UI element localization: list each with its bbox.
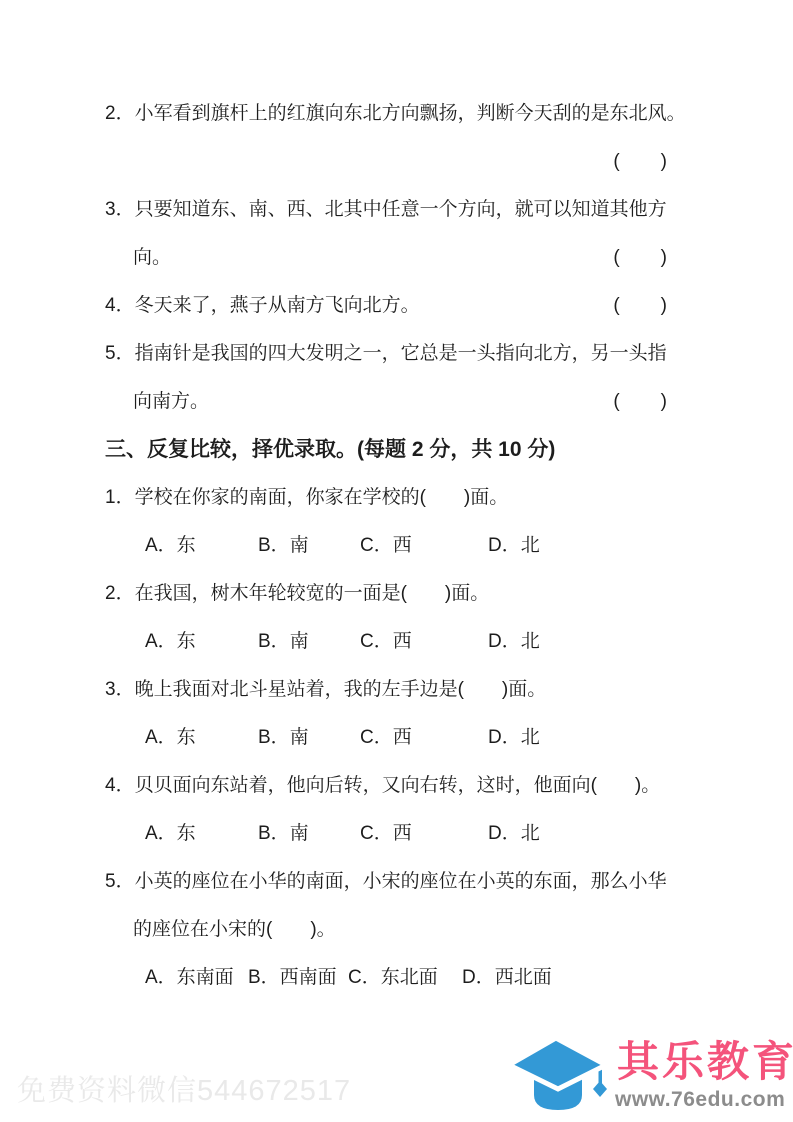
choice-question-5-text-continued: 的座位在小宋的( )。 <box>105 906 693 954</box>
option-a: A．东 <box>145 810 258 858</box>
option-b: B．南 <box>258 810 360 858</box>
answer-bracket: ( ) <box>613 138 668 186</box>
question-text-continued: 向。 <box>133 234 171 282</box>
judge-question-5-answer-line: 向南方。 ( ) <box>105 378 693 426</box>
option-d: D．西北面 <box>462 954 552 1002</box>
option-d: D．北 <box>488 522 540 570</box>
choice-question-3-options: A．东 B．南 C．西 D．北 <box>105 714 693 762</box>
option-a: A．东南面 <box>145 954 248 1002</box>
choice-question-2-text: 2．在我国，树木年轮较宽的一面是( )面。 <box>105 570 693 618</box>
judge-question-3-answer-line: 向。 ( ) <box>105 234 693 282</box>
question-text-continued: 向南方。 <box>133 378 209 426</box>
question-text: 3．只要知道东、南、西、北其中任意一个方向，就可以知道其他方 <box>105 199 667 220</box>
answer-bracket: ( ) <box>613 234 668 282</box>
judge-question-3-text: 3．只要知道东、南、西、北其中任意一个方向，就可以知道其他方 <box>105 186 693 234</box>
logo-brand-text: 其乐教育 <box>617 1041 793 1083</box>
option-c: C．东北面 <box>348 954 462 1002</box>
section-three-heading: 三、反复比较，择优录取。(每题 2 分，共 10 分) <box>105 426 693 474</box>
logo-url-text: www.76edu.com <box>615 1089 785 1110</box>
question-text: 5．指南针是我国的四大发明之一，它总是一头指向北方，另一头指 <box>105 343 667 364</box>
judge-question-2-text: 2．小军看到旗杆上的红旗向东北方向飘扬，判断今天刮的是东北风。 <box>105 90 693 138</box>
choice-question-1-text: 1．学校在你家的南面，你家在学校的( )面。 <box>105 474 693 522</box>
option-b: B．南 <box>258 714 360 762</box>
option-c: C．西 <box>360 714 488 762</box>
answer-bracket: ( ) <box>613 282 668 330</box>
option-a: A．东 <box>145 522 258 570</box>
worksheet-content: 2．小军看到旗杆上的红旗向东北方向飘扬，判断今天刮的是东北风。 ( ) 3．只要… <box>105 90 693 1002</box>
option-d: D．北 <box>488 810 540 858</box>
question-text: 4．冬天来了，燕子从南方飞向北方。 <box>105 282 420 330</box>
choice-question-5-text: 5．小英的座位在小华的南面，小宋的座位在小英的东面，那么小华 <box>105 858 693 906</box>
option-c: C．西 <box>360 810 488 858</box>
option-b: B．南 <box>258 618 360 666</box>
option-c: C．西 <box>360 522 488 570</box>
option-a: A．东 <box>145 618 258 666</box>
judge-question-5-text: 5．指南针是我国的四大发明之一，它总是一头指向北方，另一头指 <box>105 330 693 378</box>
answer-bracket: ( ) <box>613 378 668 426</box>
option-a: A．东 <box>145 714 258 762</box>
option-b: B．西南面 <box>248 954 348 1002</box>
option-d: D．北 <box>488 618 540 666</box>
question-text: 2．小军看到旗杆上的红旗向东北方向飘扬，判断今天刮的是东北风。 <box>105 103 686 124</box>
choice-question-4-text: 4．贝贝面向东站着，他向后转，又向右转，这时，他面向( )。 <box>105 762 693 810</box>
worksheet-page: 2．小军看到旗杆上的红旗向东北方向飘扬，判断今天刮的是东北风。 ( ) 3．只要… <box>0 0 793 1122</box>
choice-question-1-options: A．东 B．南 C．西 D．北 <box>105 522 693 570</box>
option-b: B．南 <box>258 522 360 570</box>
choice-question-2-options: A．东 B．南 C．西 D．北 <box>105 618 693 666</box>
judge-question-4-text: 4．冬天来了，燕子从南方飞向北方。 ( ) <box>105 282 693 330</box>
judge-question-2-answer-line: ( ) <box>105 138 693 186</box>
footer-logo: 其乐教育 www.76edu.com <box>505 1035 793 1122</box>
option-d: D．北 <box>488 714 540 762</box>
option-c: C．西 <box>360 618 488 666</box>
watermark-text: 免费资料微信544672517 <box>17 1068 351 1109</box>
choice-question-5-options: A．东南面 B．西南面 C．东北面 D．西北面 <box>105 954 693 1002</box>
choice-question-4-options: A．东 B．南 C．西 D．北 <box>105 810 693 858</box>
choice-question-3-text: 3．晚上我面对北斗星站着，我的左手边是( )面。 <box>105 666 693 714</box>
graduation-cap-icon <box>506 1035 610 1115</box>
